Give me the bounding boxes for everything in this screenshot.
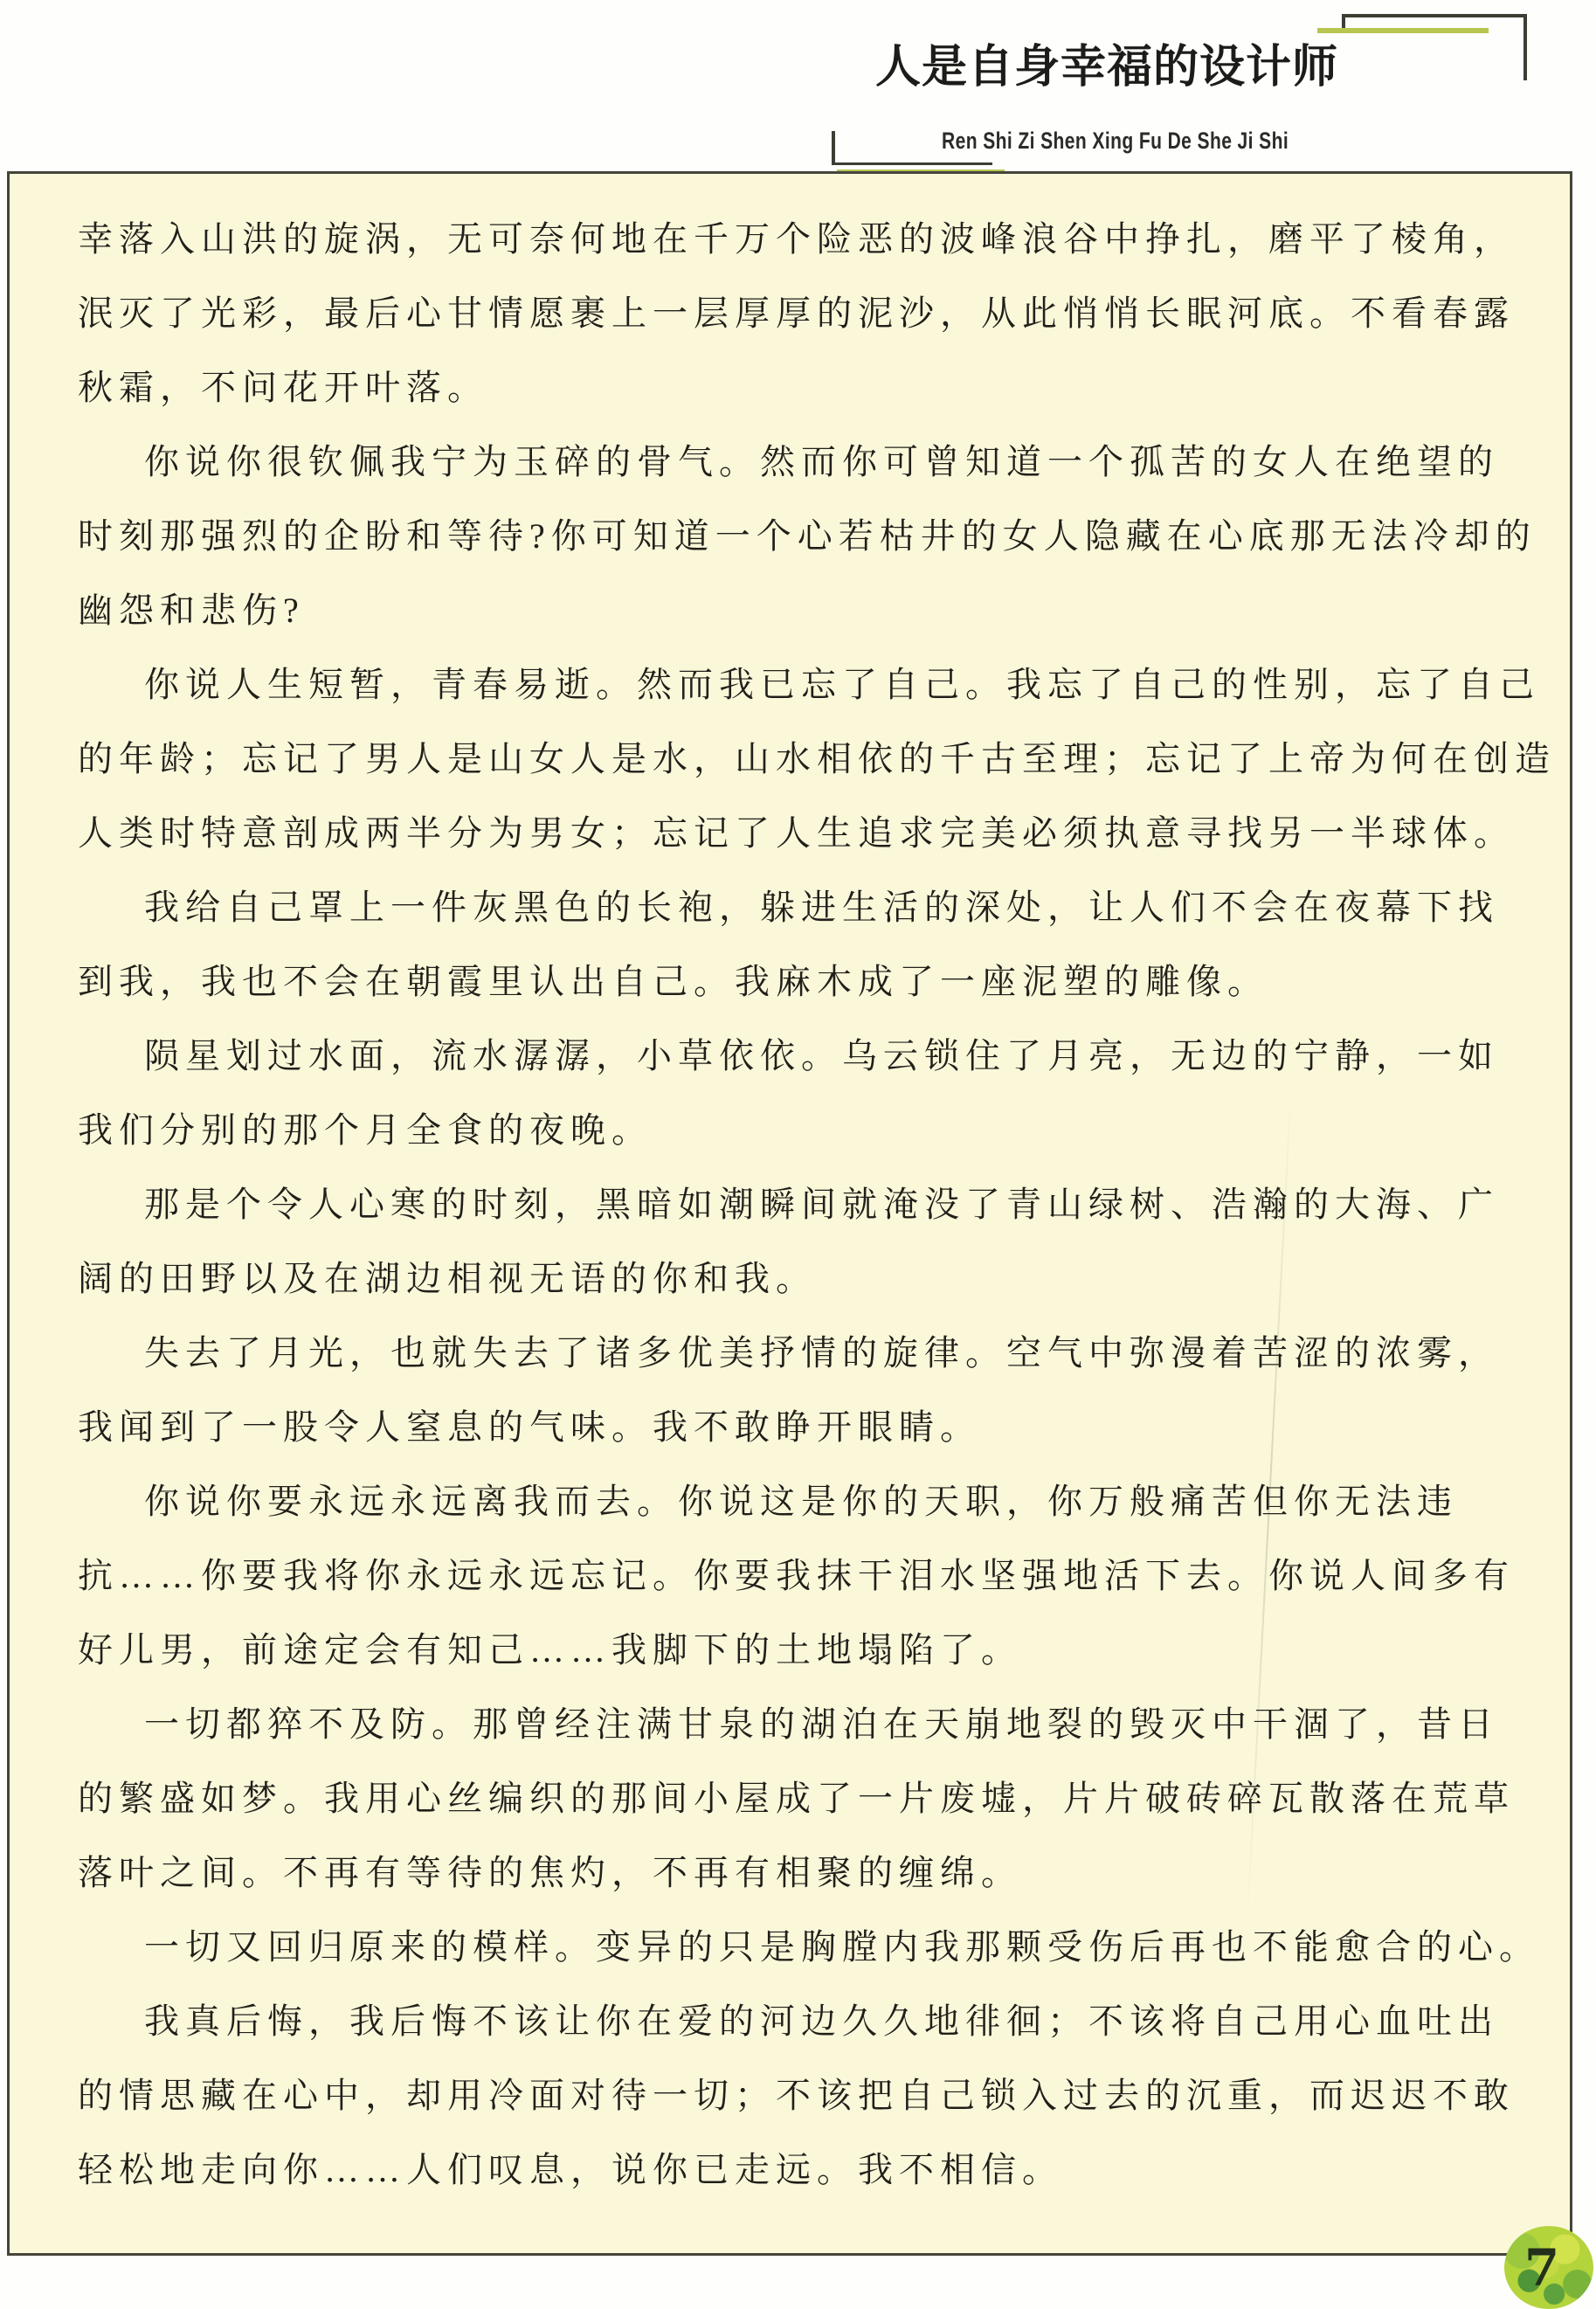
paragraph: 一切都猝不及防。那曾经注满甘泉的湖泊在天崩地裂的毁灭中干涸了，昔日 的繁盛如梦。… <box>78 1687 1524 1910</box>
text-line: 一切又回归原来的模样。变异的只是胸膛内我那颗受伤后再也不能愈合的心。 <box>78 1910 1524 1984</box>
text-line: 我给自己罩上一件灰黑色的长袍，躲进生活的深处，让人们不会在夜幕下找 <box>78 870 1524 944</box>
text-line: 我真后悔，我后悔不该让你在爱的河边久久地徘徊；不该将自己用心血吐出 <box>78 1984 1524 2058</box>
text-line: 的情思藏在心中，却用冷面对待一切；不该把自己锁入过去的沉重，而迟迟不敢 <box>78 2058 1524 2133</box>
paragraph: 我真后悔，我后悔不该让你在爱的河边久久地徘徊；不该将自己用心血吐出 的情思藏在心… <box>78 1984 1524 2207</box>
text-line: 失去了月光，也就失去了诸多优美抒情的旋律。空气中弥漫着苦涩的浓雾， <box>78 1316 1524 1390</box>
chapter-title-pinyin: Ren Shi Zi Shen Xing Fu De She Ji Shi <box>942 128 1289 155</box>
paragraph: 我给自己罩上一件灰黑色的长袍，躲进生活的深处，让人们不会在夜幕下找 到我，我也不… <box>78 870 1524 1019</box>
corner-bracket-top-right <box>1342 14 1527 80</box>
text-line: 你说你很钦佩我宁为玉碎的骨气。然而你可曾知道一个孤苦的女人在绝望的 <box>78 425 1524 499</box>
text-line: 你说你要永远永远离我而去。你说这是你的天职，你万般痛苦但你无法违 <box>78 1464 1524 1538</box>
text-line: 到我，我也不会在朝霞里认出自己。我麻木成了一座泥塑的雕像。 <box>78 944 1524 1019</box>
text-line: 轻松地走向你……人们叹息，说你已走远。我不相信。 <box>78 2133 1524 2207</box>
page-content-box: 幸落入山洪的旋涡，无可奈何地在千万个险恶的波峰浪谷中挣扎，磨平了棱角， 泯灭了光… <box>7 171 1572 2256</box>
text-line: 那是个令人心寒的时刻，黑暗如潮瞬间就淹没了青山绿树、浩瀚的大海、广 <box>78 1167 1524 1241</box>
text-line: 阔的田野以及在湖边相视无语的你和我。 <box>78 1241 1524 1316</box>
paragraph: 你说人生短暂，青春易逝。然而我已忘了自己。我忘了自己的性别，忘了自己 的年龄；忘… <box>78 647 1524 870</box>
paragraph: 陨星划过水面，流水潺潺，小草依依。乌云锁住了月亮，无边的宁静，一如 我们分别的那… <box>78 1019 1524 1167</box>
text-line: 幸落入山洪的旋涡，无可奈何地在千万个险恶的波峰浪谷中挣扎，磨平了棱角， <box>78 202 1524 276</box>
text-line: 好儿男，前途定会有知己……我脚下的土地塌陷了。 <box>78 1613 1524 1687</box>
text-line: 人类时特意剖成两半分为男女；忘记了人生追求完美必须执意寻找另一半球体。 <box>78 796 1524 870</box>
text-line: 落叶之间。不再有等待的焦灼，不再有相聚的缠绵。 <box>78 1835 1524 1910</box>
paragraph: 那是个令人心寒的时刻，黑暗如潮瞬间就淹没了青山绿树、浩瀚的大海、广 阔的田野以及… <box>78 1167 1524 1316</box>
corner-bracket-top-right-accent-line <box>1317 28 1489 33</box>
text-line: 秋霜，不问花开叶落。 <box>78 350 1524 425</box>
page-number: 7 <box>1524 2238 1559 2298</box>
paragraph: 幸落入山洪的旋涡，无可奈何地在千万个险恶的波峰浪谷中挣扎，磨平了棱角， 泯灭了光… <box>78 202 1524 425</box>
paragraph: 你说你要永远永远离我而去。你说这是你的天职，你万般痛苦但你无法违 抗……你要我将… <box>78 1464 1524 1687</box>
text-line: 一切都猝不及防。那曾经注满甘泉的湖泊在天崩地裂的毁灭中干涸了，昔日 <box>78 1687 1524 1761</box>
text-line: 泯灭了光彩，最后心甘情愿裹上一层厚厚的泥沙，从此悄悄长眠河底。不看春露 <box>78 276 1524 350</box>
page-number-badge: 7 <box>1504 2226 1593 2309</box>
chapter-title: 人是自身幸福的设计师 <box>875 30 1338 95</box>
text-line: 陨星划过水面，流水潺潺，小草依依。乌云锁住了月亮，无边的宁静，一如 <box>78 1019 1524 1093</box>
text-line: 的繁盛如梦。我用心丝编织的那间小屋成了一片废墟，片片破砖碎瓦散落在荒草 <box>78 1761 1524 1835</box>
text-line: 我们分别的那个月全食的夜晚。 <box>78 1093 1524 1167</box>
paragraph: 你说你很钦佩我宁为玉碎的骨气。然而你可曾知道一个孤苦的女人在绝望的 时刻那强烈的… <box>78 425 1524 647</box>
text-line: 你说人生短暂，青春易逝。然而我已忘了自己。我忘了自己的性别，忘了自己 <box>78 647 1524 722</box>
paragraph: 一切又回归原来的模样。变异的只是胸膛内我那颗受伤后再也不能愈合的心。 <box>78 1910 1524 1984</box>
corner-bracket-bottom-left <box>832 131 992 165</box>
paragraph: 失去了月光，也就失去了诸多优美抒情的旋律。空气中弥漫着苦涩的浓雾， 我闻到了一股… <box>78 1316 1524 1464</box>
text-line: 幽怨和悲伤? <box>78 573 1524 647</box>
text-line: 的年龄；忘记了男人是山女人是水，山水相依的千古至理；忘记了上帝为何在创造 <box>78 722 1524 796</box>
text-line: 我闻到了一股令人窒息的气味。我不敢睁开眼睛。 <box>78 1390 1524 1464</box>
text-line: 抗……你要我将你永远永远忘记。你要我抹干泪水坚强地活下去。你说人间多有 <box>78 1538 1524 1613</box>
text-line: 时刻那强烈的企盼和等待?你可知道一个心若枯井的女人隐藏在心底那无法冷却的 <box>78 499 1524 573</box>
